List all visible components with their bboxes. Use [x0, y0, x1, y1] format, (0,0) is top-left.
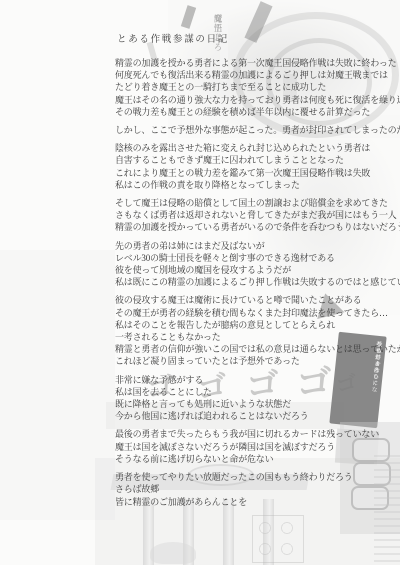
diary-paragraph: 非常に嫌な予感がする私は国を去ることにした既に降格と言っても処刑に近いような状態… — [115, 374, 399, 423]
diary-paragraph: 彼の侵攻する魔王は魔術に長けていると噂で聞いたことがあるその魔王が勇者の経験を積… — [115, 294, 399, 367]
diary-line: 自害することもできず魔王に囚われてしまうこととなった — [115, 154, 399, 166]
diary-line: 魔王はその名の通り強大な力を持っており勇者は何度も死に復活を繰り返したが — [115, 94, 399, 106]
diary-line: 先の勇者の弟は姉にはまだ及ばないが — [115, 240, 399, 252]
diary-line: 勇者を使ってやりたい放題だったこの国ももう終わりだろう — [115, 471, 399, 483]
diary-line: 私はそのことを報告したが臆病の意見としてとらえられ — [115, 319, 399, 331]
diary-line: これにより魔王との戦力差を鑑みて第一次魔王国侵略作戦は失敗 — [115, 167, 399, 179]
diary-line: 精霊と勇者の信仰が強いこの国では私の意見は通らないとは思っていたが — [115, 343, 399, 355]
diary-line: さもなくば勇者は返却されないと脅してきたがまだ我が国にはもう一人 — [115, 209, 399, 221]
diary-line: 精霊の加護を授かる勇者による第一次魔王国侵略作戦は失敗に終わった — [115, 57, 399, 69]
diary-line: 一考されることもなかった — [115, 331, 399, 343]
diary-paragraph: 陰核のみを露出させた箱に変えられ封じ込められたという勇者は自害することもできず魔… — [115, 142, 399, 191]
diary-line: さらば故郷 — [115, 483, 399, 495]
diary-line: 私は既にこの精霊の加護によるごり押し作戦は失敗するのではと感じている — [115, 276, 399, 288]
diary-paragraph: 精霊の加護を授かる勇者による第一次魔王国侵略作戦は失敗に終わった何度死んでも復活… — [115, 57, 399, 118]
diary-line: そして魔王は侵略の賠償として国土の割譲および賠償金を求めてきた — [115, 197, 399, 209]
diary-line: そうなる前に逃げ切らないと命が危ない — [115, 453, 399, 465]
diary-line: たどり着き魔王との一騎打ちまで至ることに成功した — [115, 81, 399, 93]
diary-title: とある作戦参謀の日記 — [117, 31, 229, 45]
diary-line: 彼の侵攻する魔王は魔術に長けていると噂で聞いたことがある — [115, 294, 399, 306]
bg-pot — [150, 542, 196, 564]
diary-line: 非常に嫌な予感がする — [115, 374, 399, 386]
diary-line: 彼を使って別地域の魔国を侵攻するようだが — [115, 264, 399, 276]
diary-line: レベル30の騎士団長を軽々と倒す事のできる逸材である — [115, 252, 399, 264]
diary-paragraph: しかし、ここで予想外な事態が起こった。勇者が封印されてしまったのだ — [115, 124, 399, 136]
diary-line: 皆に精霊のご加護があらんことを — [115, 496, 399, 508]
diary-line: 既に降格と言っても処刑に近いような状態だ — [115, 398, 399, 410]
diary-line: 今から他国に逃げれば追われることはないだろう — [115, 410, 399, 422]
diary-paragraph: 先の勇者の弟は姉にはまだ及ばないがレベル30の騎士団長を軽々と倒す事のできる逸材… — [115, 240, 399, 289]
diary-line: 何度死んでも復活出来る精霊の加護によるごり押しは対魔王戦までは — [115, 69, 399, 81]
bg-panel-circles — [252, 515, 304, 563]
diary-line: 陰核のみを露出させた箱に変えられ封じ込められたという勇者は — [115, 142, 399, 154]
diary-line: 私は国を去ることにした — [115, 386, 399, 398]
diary-line: しかし、ここで予想外な事態が起こった。勇者が封印されてしまったのだ — [115, 124, 399, 136]
diary-line: 魔王は国を滅ぼさないだろうが隣国は国を滅ぼすだろう — [115, 441, 399, 453]
diary-paragraph: そして魔王は侵略の賠償として国土の割譲および賠償金を求めてきたさもなくば勇者は返… — [115, 197, 399, 234]
diary-line: 私はこの作戦の責を取り降格となってしまった — [115, 179, 399, 191]
diary-line: これほど凝り固まっていたとは予想外であった — [115, 355, 399, 367]
diary-line: 精霊の加護を授かっている勇者がいるので条件を呑むつもりはないだろう — [115, 221, 399, 233]
diary-line: その戦力差も魔王との経験を積めば半年以内に覆せる計算だった — [115, 106, 399, 118]
diary-paragraph: 最後の勇者まで失ったらもう我が国に切れるカードは残っていない魔王は国を滅ぼさない… — [115, 428, 399, 465]
diary-paragraph: 勇者を使ってやりたい放題だったこの国ももう終わりだろうさらば故郷皆に精霊のご加護… — [115, 471, 399, 508]
diary-line: 最後の勇者まで失ったらもう我が国に切れるカードは残っていない — [115, 428, 399, 440]
diary-body: 精霊の加護を授かる勇者による第一次魔王国侵略作戦は失敗に終わった何度死んでも復活… — [115, 57, 399, 514]
diary-line: その魔王が勇者の経験を積む間もなくまた封印魔法を使ってきたら… — [115, 307, 399, 319]
